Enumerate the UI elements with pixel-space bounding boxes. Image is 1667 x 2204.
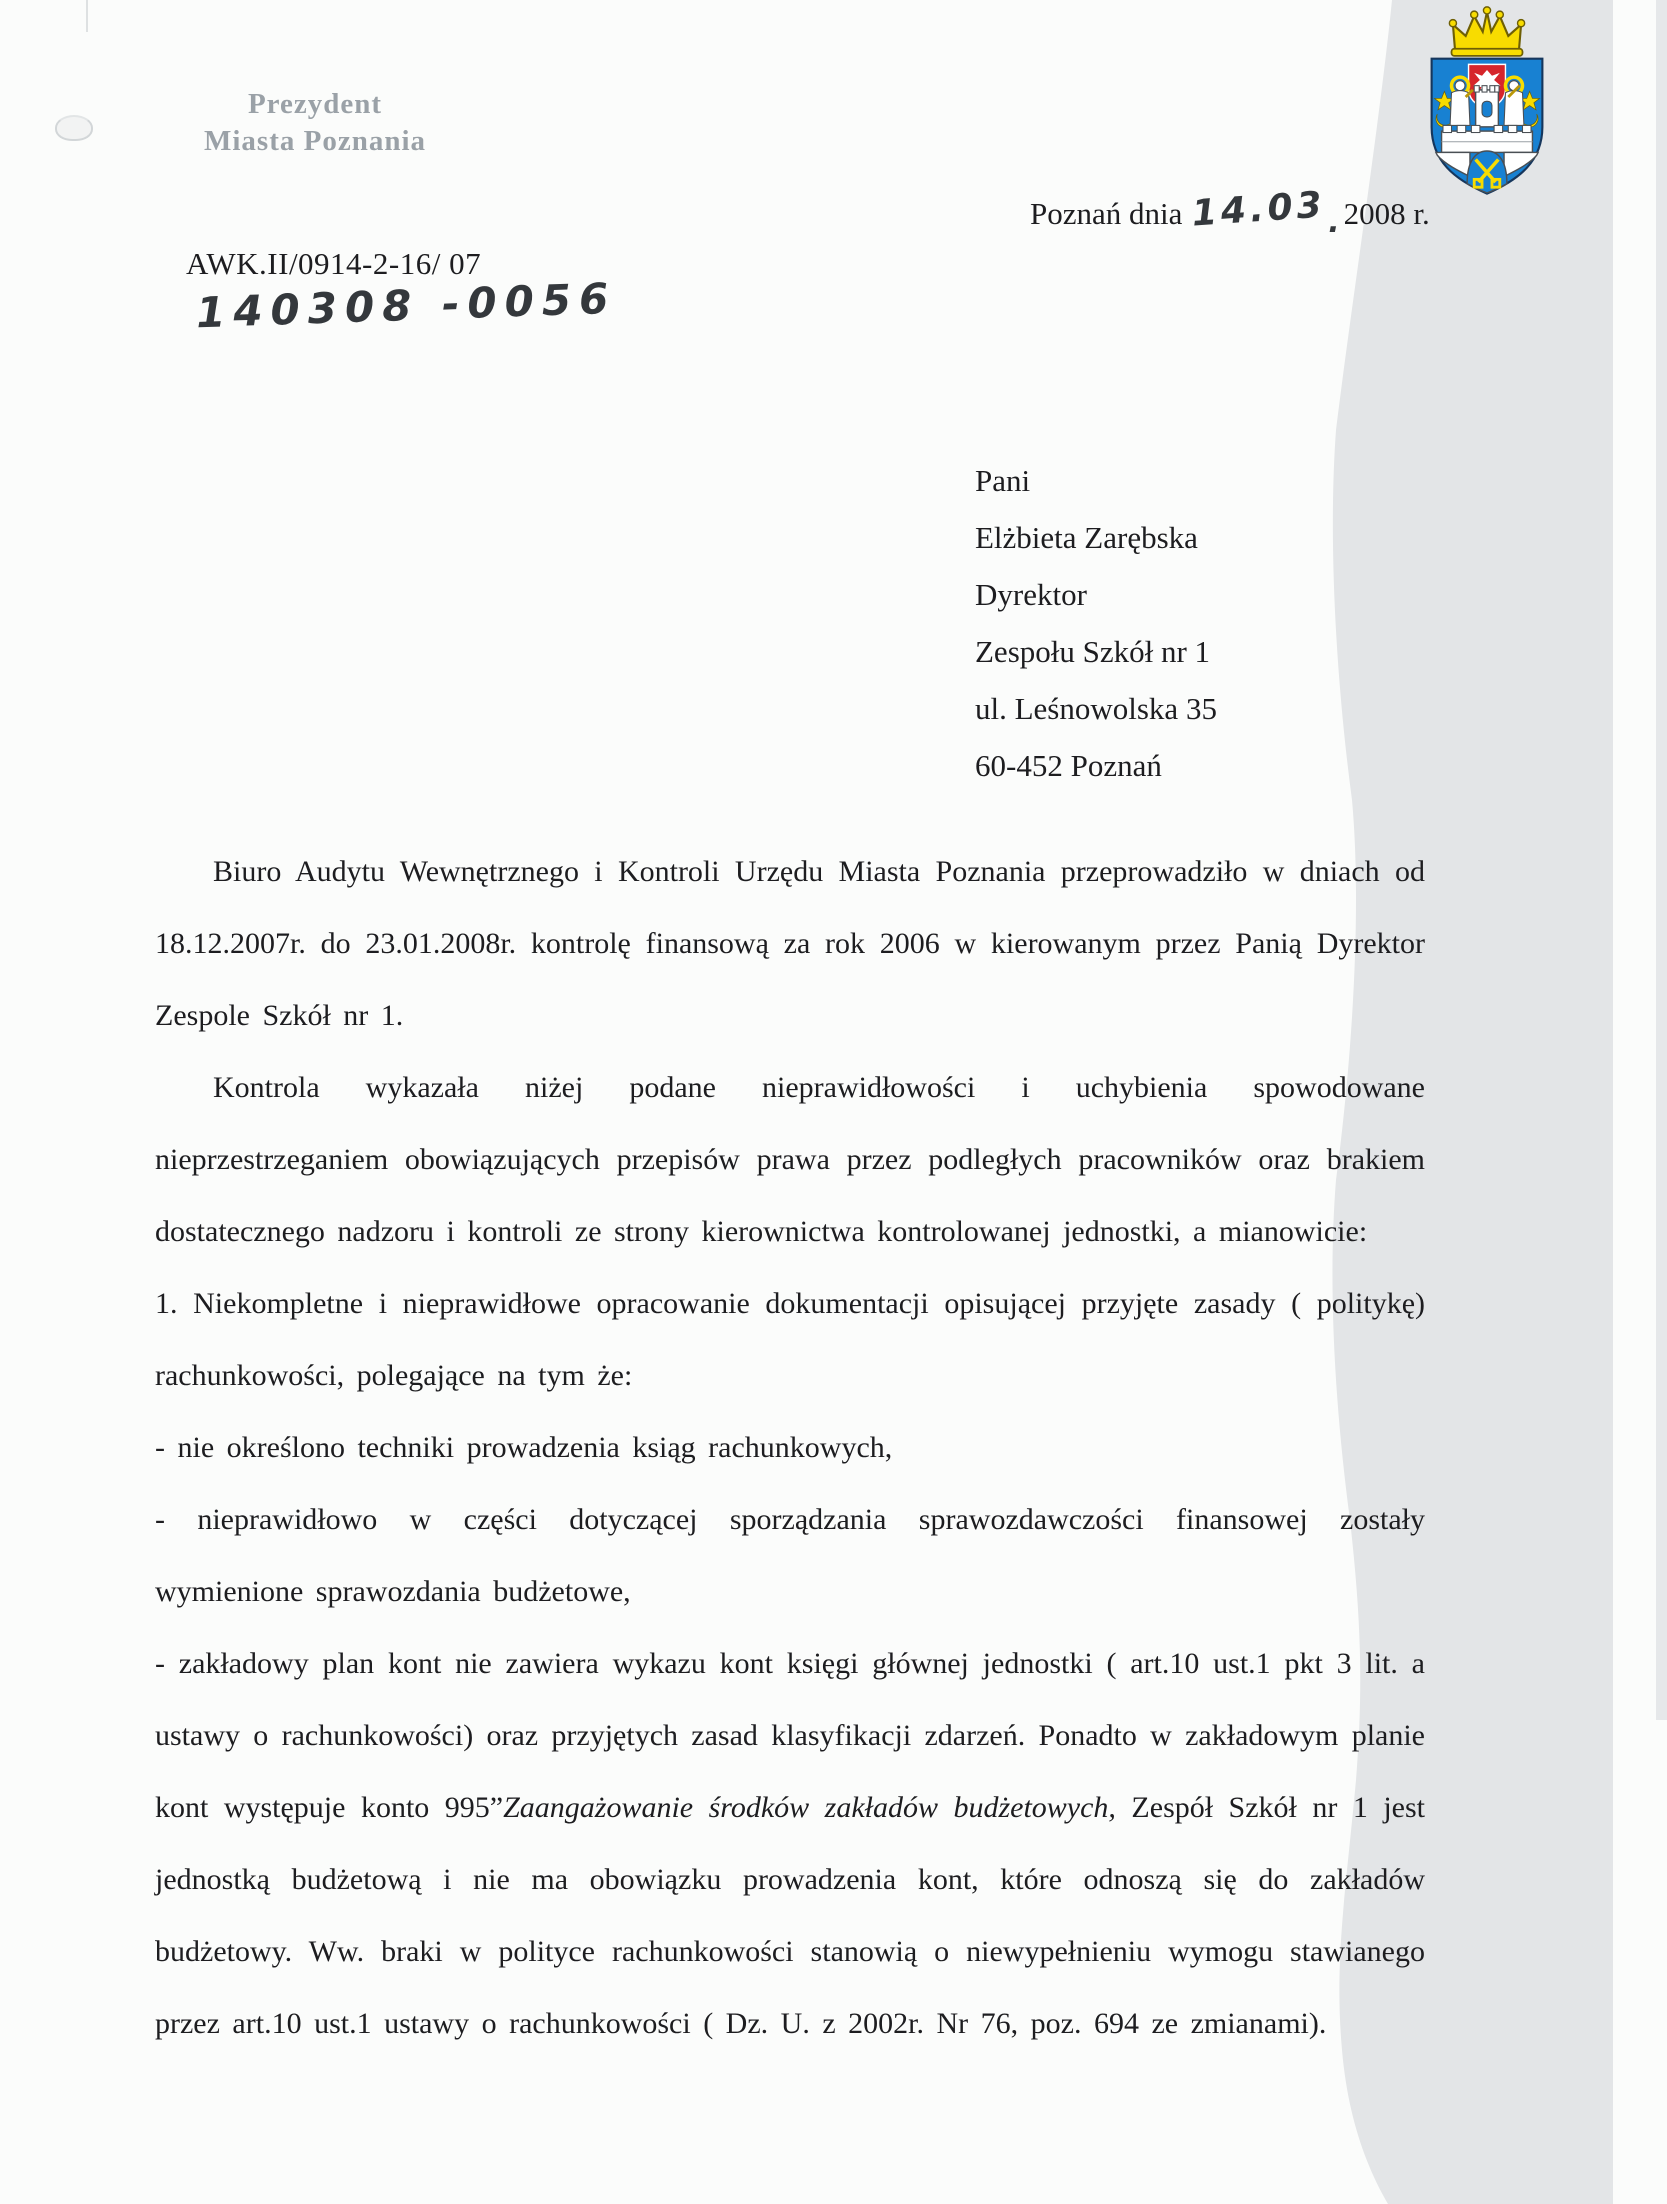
dateline-prefix: Poznań dnia [1030, 196, 1182, 232]
reference-number: AWK.II/0914-2-16/ 07 [186, 246, 481, 282]
letterhead: Prezydent Miasta Poznania [200, 86, 430, 160]
letterhead-line1: Prezydent [200, 86, 430, 123]
poznan-coat-of-arms-icon [1416, 6, 1558, 198]
handwritten-dot: . [1328, 205, 1339, 240]
recipient-line: 60-452 Poznań [975, 737, 1217, 794]
recipient-line: Dyrektor [975, 566, 1217, 623]
body-bullet-3: - zakładowy plan kont nie zawiera wykazu… [155, 1628, 1425, 2060]
recipient-line: Elżbieta Zarębska [975, 509, 1217, 566]
scanned-letter-page: Prezydent Miasta Poznania [0, 0, 1667, 2204]
scan-artifact-line [86, 0, 88, 32]
body-item-1: 1. Niekompletne i nieprawidłowe opracowa… [155, 1268, 1425, 1412]
body-paragraph-2: Kontrola wykazała niżej podane nieprawid… [155, 1052, 1425, 1268]
bullet3-italic-quote: Zaangażowanie środków zakładów budżetowy… [503, 1791, 1116, 1824]
recipient-line: ul. Leśnowolska 35 [975, 680, 1217, 737]
dateline: Poznań dnia 14.03 . 2008 r. [1030, 192, 1430, 233]
body-bullet-1: - nie określono techniki prowadzenia ksi… [155, 1412, 1425, 1484]
dateline-suffix: 2008 r. [1344, 196, 1430, 232]
body-paragraph-1: Biuro Audytu Wewnętrznego i Kontroli Urz… [155, 836, 1425, 1052]
bullet3-text-cont: Zespół Szkół nr 1 jest jednostką budżeto… [155, 1791, 1425, 2040]
recipient-block: Pani Elżbieta Zarębska Dyrektor Zespołu … [975, 452, 1217, 794]
recipient-line: Zespołu Szkół nr 1 [975, 623, 1217, 680]
body-bullet-2: - nieprawidłowo w części dotyczącej spor… [155, 1484, 1425, 1628]
letter-body: Biuro Audytu Wewnętrznego i Kontroli Urz… [155, 836, 1425, 2060]
scan-artifact-mark [55, 115, 93, 141]
handwritten-date: 14.03 [1191, 184, 1327, 234]
recipient-line: Pani [975, 452, 1217, 509]
letterhead-line2: Miasta Poznania [200, 123, 430, 160]
handwritten-reference: 140308 -0056 [195, 274, 617, 338]
